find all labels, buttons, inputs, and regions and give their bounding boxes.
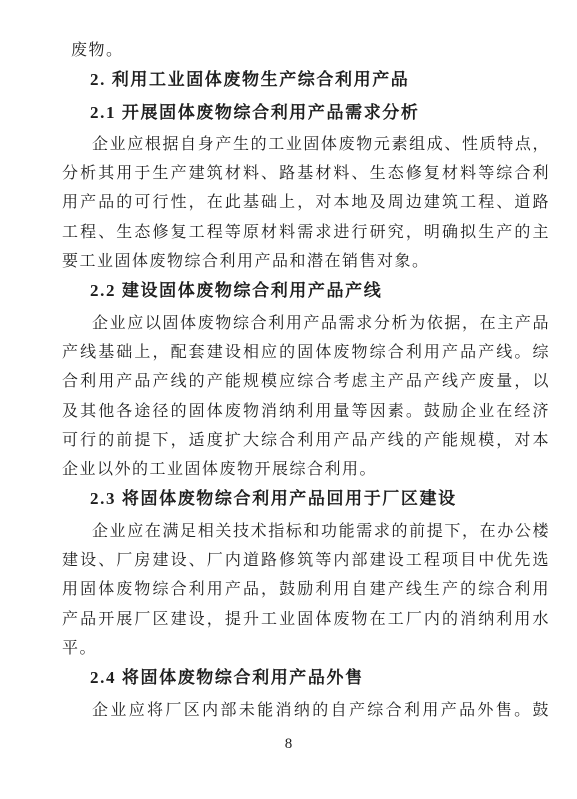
section-heading-2-3: 2.3 将固体废物综合利用产品回用于厂区建设 <box>62 484 550 513</box>
section-paragraph-2-2: 企业应以固体废物综合利用产品需求分析为依据，在主产品产线基础上，配套建设相应的固… <box>62 309 550 485</box>
section-paragraph-2-1: 企业应根据自身产生的工业固体废物元素组成、性质特点，分析其用于生产建筑材料、路基… <box>62 130 550 276</box>
section-heading-2-4: 2.4 将固体废物综合利用产品外售 <box>62 663 550 692</box>
page-number: 8 <box>0 736 577 753</box>
document-page: 废物。 2. 利用工业固体废物生产综合利用产品 2.1 开展固体废物综合利用产品… <box>0 0 577 799</box>
section-paragraph-2-4: 企业应将厂区内部未能消纳的自产综合利用产品外售。鼓 <box>62 696 550 725</box>
section-paragraph-2-3: 企业应在满足相关技术指标和功能需求的前提下，在办公楼建设、厂房建设、厂内道路修筑… <box>62 517 550 663</box>
section-heading-2-1: 2.1 开展固体废物综合利用产品需求分析 <box>62 98 550 127</box>
chapter-heading: 2. 利用工业固体废物生产综合利用产品 <box>62 65 550 94</box>
paragraph-continuation: 废物。 <box>62 36 550 65</box>
section-heading-2-2: 2.2 建设固体废物综合利用产品产线 <box>62 276 550 305</box>
document-content: 废物。 2. 利用工业固体废物生产综合利用产品 2.1 开展固体废物综合利用产品… <box>0 0 577 725</box>
